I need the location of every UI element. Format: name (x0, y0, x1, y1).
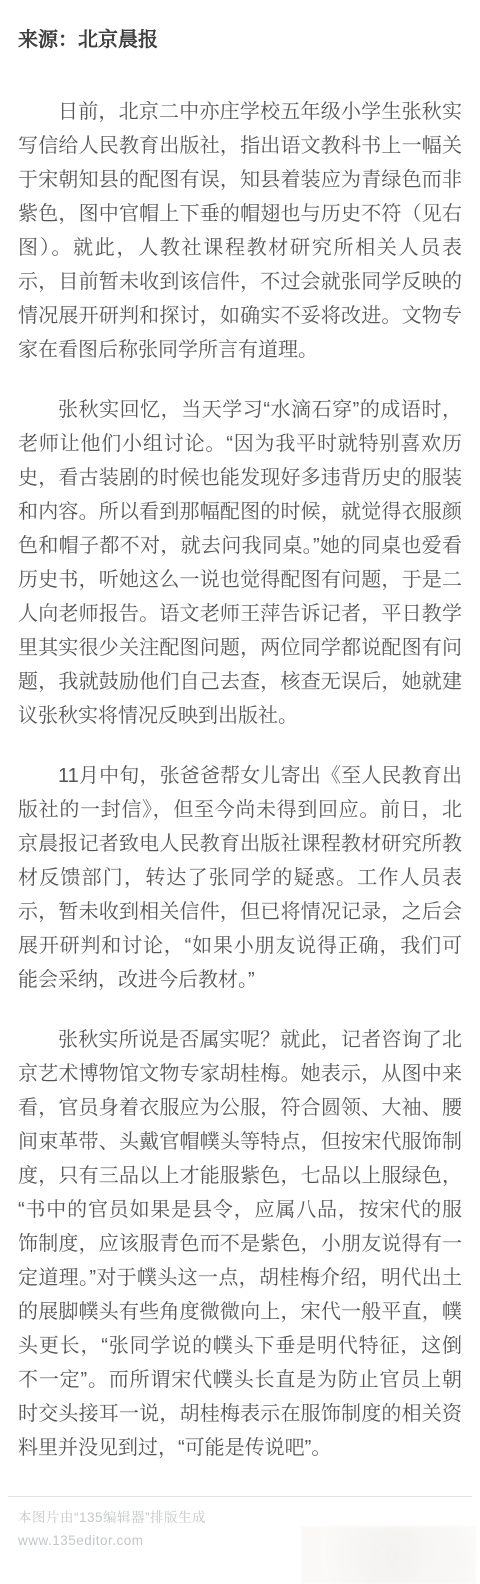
article-paragraph-2: 张秋实回忆，当天学习“水滴石穿”的成语时，老师让他们小组讨论。“因为我平时就特别… (18, 393, 462, 733)
article-body: 来源：北京晨报 日前，北京二中亦庄学校五年级小学生张秋实写信给人民教育出版社，指… (0, 0, 480, 1525)
page-footer: 本图片由“135编辑器”排版生成 www.135editor.com (0, 1496, 480, 1584)
editor-credit-text: 本图片由“135编辑器”排版生成 (18, 1510, 480, 1526)
article-paragraph-1: 日前，北京二中亦庄学校五年级小学生张秋实写信给人民教育出版社，指出语文教科书上一… (18, 95, 462, 367)
article-page: { "page": { "background": "#ffffff", "bo… (0, 0, 480, 1584)
article-paragraph-3: 11月中旬，张爸爸帮女儿寄出《至人民教育出版社的一封信》，但至今尚未得到回应。前… (18, 759, 462, 997)
article-paragraph-4: 张秋实所说是否属实呢？就此，记者咨询了北京艺术博物馆文物专家胡桂梅。她表示，从图… (18, 1023, 462, 1465)
source-line: 来源：北京晨报 (18, 27, 462, 53)
editor-url-text: www.135editor.com (18, 1533, 480, 1549)
footer-divider (8, 1496, 472, 1497)
